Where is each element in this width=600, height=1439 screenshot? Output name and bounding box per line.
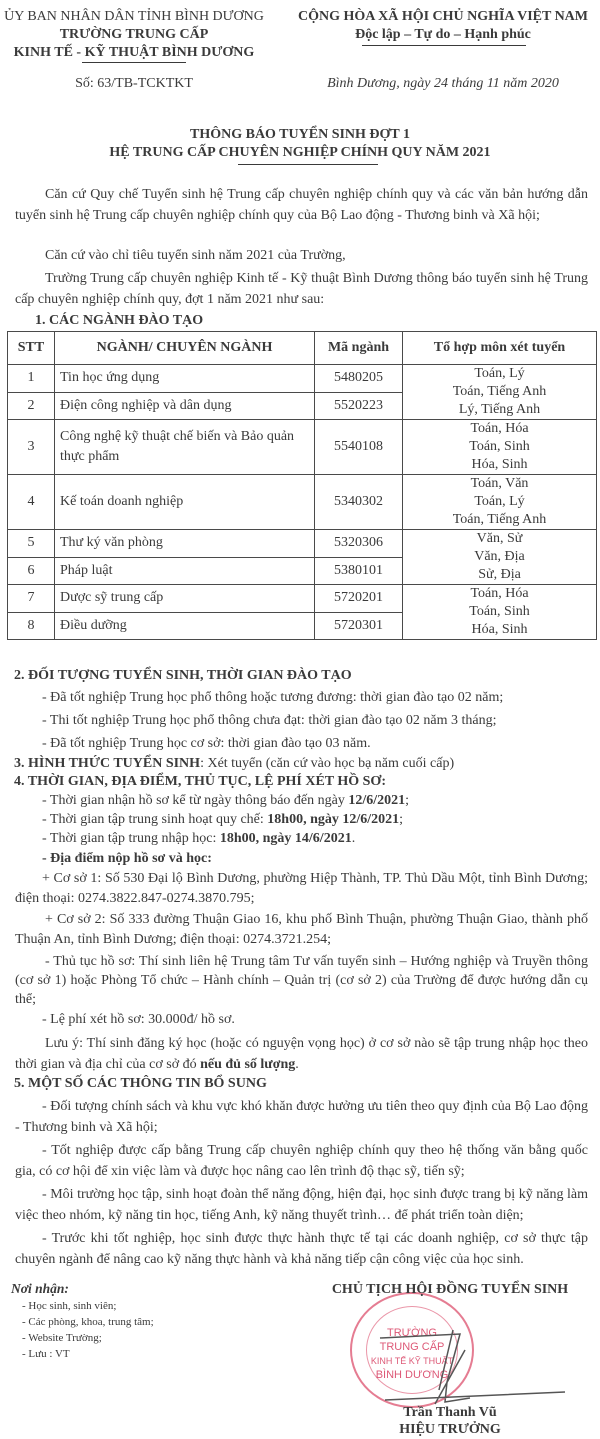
row-code: 5320306 (315, 530, 403, 558)
combo: Toán, Hóa (408, 420, 591, 438)
row-combos: Toán, Hóa Toán, Sinh Hóa, Sinh (403, 420, 597, 475)
row-stt: 1 (8, 365, 55, 393)
row-major: Thư ký văn phòng (55, 530, 315, 558)
row-combos: Toán, Hóa Toán, Sinh Hóa, Sinh (403, 585, 597, 640)
row-code: 5480205 (315, 365, 403, 393)
col-header-major: NGÀNH/ CHUYÊN NGÀNH (55, 332, 315, 365)
row-code: 5520223 (315, 392, 403, 420)
section1-heading: 1. CÁC NGÀNH ĐÀO TẠO (35, 312, 203, 330)
row-combos: Toán, Văn Toán, Lý Toán, Tiếng Anh (403, 475, 597, 530)
row-code: 5720201 (315, 585, 403, 613)
note-end: . (295, 1057, 299, 1072)
row-code: 5380101 (315, 557, 403, 585)
combo: Văn, Địa (408, 548, 591, 566)
recipient-item: - Website Trường; (22, 1331, 102, 1345)
row-major: Điều dưỡng (55, 612, 315, 640)
row-stt: 5 (8, 530, 55, 558)
intro-paragraph-2: Căn cứ vào chỉ tiêu tuyển sinh năm 2021 … (45, 247, 346, 265)
place-and-date: Bình Dương, ngày 24 tháng 11 năm 2020 (286, 75, 600, 93)
combo: Toán, Tiếng Anh (408, 511, 591, 529)
signer-title: CHỦ TỊCH HỘI ĐỒNG TUYỂN SINH (300, 1281, 600, 1299)
table-row: 4 Kế toán doanh nghiệp 5340302 Toán, Văn… (8, 475, 597, 530)
note: Lưu ý: Thí sinh đăng ký học (hoặc có ngu… (15, 1033, 588, 1075)
national-motto: Độc lập – Tự do – Hạnh phúc (286, 26, 600, 44)
section5-item: - Trước khi tốt nghiệp, học sinh được th… (15, 1228, 588, 1270)
issuer-school-line1: TRƯỜNG TRUNG CẤP (0, 26, 268, 44)
document-number: Số: 63/TB-TCKTKT (0, 75, 268, 93)
row-combos: Toán, Lý Toán, Tiếng Anh Lý, Tiếng Anh (403, 365, 597, 420)
row-stt: 4 (8, 475, 55, 530)
section3-heading: 3. HÌNH THỨC TUYỂN SINH (14, 756, 200, 771)
row-major: Công nghệ kỹ thuật chế biến và Bảo quản … (55, 420, 315, 475)
section5-item: - Môi trường học tập, sinh hoạt đoàn thể… (15, 1184, 588, 1226)
receive-period: - Thời gian nhận hồ sơ kể từ ngày thông … (42, 792, 409, 810)
row-stt: 2 (8, 392, 55, 420)
section2-item: - Đã tốt nghiệp Trung học cơ sở: thời gi… (42, 735, 371, 753)
orientation-time: - Thời gian tập trung sinh hoạt quy chế:… (42, 811, 403, 829)
campus-1: + Cơ sở 1: Số 530 Đại lộ Bình Dương, phư… (15, 869, 588, 909)
section5-item: - Đối tượng chính sách và khu vực khó kh… (15, 1096, 588, 1138)
enroll-time: - Thời gian tập trung nhập học: 18h00, n… (42, 830, 355, 848)
section2-heading: 2. ĐỐI TƯỢNG TUYỂN SINH, THỜI GIAN ĐÀO T… (14, 667, 352, 685)
issuer-school-line2: KINH TẾ - KỸ THUẬT BÌNH DƯƠNG (0, 44, 268, 62)
table-row: 1 Tin học ứng dụng 5480205 Toán, Lý Toán… (8, 365, 597, 393)
table-row: 7 Dược sỹ trung cấp 5720201 Toán, Hóa To… (8, 585, 597, 613)
row-stt: 3 (8, 420, 55, 475)
section4-heading: 4. THỜI GIAN, ĐỊA ĐIỂM, THỦ TỤC, LỆ PHÍ … (14, 773, 386, 791)
majors-table: STT NGÀNH/ CHUYÊN NGÀNH Mã ngành Tổ hợp … (7, 331, 597, 640)
intro-paragraph-3: Trường Trung cấp chuyên nghiệp Kinh tế -… (15, 268, 588, 310)
row-code: 5340302 (315, 475, 403, 530)
combo: Toán, Văn (408, 475, 591, 493)
table-row: 3 Công nghệ kỹ thuật chế biến và Bảo quả… (8, 420, 597, 475)
col-header-combos: Tổ hợp môn xét tuyển (403, 332, 597, 365)
combo: Toán, Lý (408, 365, 591, 383)
row-major: Pháp luật (55, 557, 315, 585)
recipient-item: - Học sinh, sinh viên; (22, 1299, 116, 1313)
row-stt: 7 (8, 585, 55, 613)
row-major: Kế toán doanh nghiệp (55, 475, 315, 530)
combo: Hóa, Sinh (408, 621, 591, 639)
combo: Toán, Lý (408, 493, 591, 511)
section5-item: - Tốt nghiệp được cấp bằng Trung cấp chu… (15, 1140, 588, 1182)
row-stt: 8 (8, 612, 55, 640)
procedure: - Thủ tục hồ sơ: Thí sinh liên hệ Trung … (15, 952, 588, 1009)
signer-name: Trần Thanh Vũ (300, 1404, 600, 1422)
row-major: Dược sỹ trung cấp (55, 585, 315, 613)
combo: Hóa, Sinh (408, 456, 591, 474)
title-underline (238, 164, 378, 165)
notice-title-line2: HỆ TRUNG CẤP CHUYÊN NGHIỆP CHÍNH QUY NĂM… (0, 144, 600, 162)
section3-line: 3. HÌNH THỨC TUYỂN SINH: Xét tuyển (căn … (14, 755, 454, 773)
orientation-label: - Thời gian tập trung sinh hoạt quy chế: (42, 812, 267, 827)
receive-label: - Thời gian nhận hồ sơ kể từ ngày thông … (42, 793, 348, 808)
fee: - Lệ phí xét hồ sơ: 30.000đ/ hồ sơ. (42, 1011, 235, 1029)
col-header-code: Mã ngành (315, 332, 403, 365)
combo: Toán, Sinh (408, 438, 591, 456)
location-heading: - Địa điểm nộp hồ sơ và học: (42, 850, 212, 868)
recipient-item: - Các phòng, khoa, trung tâm; (22, 1315, 154, 1329)
combo: Toán, Tiếng Anh (408, 383, 591, 401)
section2-item: - Đã tốt nghiệp Trung học phổ thông hoặc… (42, 689, 503, 707)
note-emphasis: nếu đủ số lượng (200, 1057, 295, 1072)
intro-paragraph-1: Căn cứ Quy chế Tuyển sinh hệ Trung cấp c… (15, 184, 588, 226)
section2-item: - Thi tốt nghiệp Trung học phổ thông chư… (42, 712, 497, 730)
note-text: Lưu ý: Thí sinh đăng ký học (hoặc có ngu… (15, 1036, 588, 1072)
issuer-authority: ỦY BAN NHÂN DÂN TỈNH BÌNH DƯƠNG (0, 8, 268, 26)
table-row: 5 Thư ký văn phòng 5320306 Văn, Sử Văn, … (8, 530, 597, 558)
row-major: Điện công nghiệp và dân dụng (55, 392, 315, 420)
enroll-label: - Thời gian tập trung nhập học: (42, 831, 220, 846)
campus-2: + Cơ sở 2: Số 333 đường Thuận Giao 16, k… (15, 910, 588, 950)
enroll-value: 18h00, ngày 14/6/2021 (220, 831, 352, 846)
header-left-underline (82, 62, 186, 63)
orientation-value: 18h00, ngày 12/6/2021 (267, 812, 399, 827)
row-stt: 6 (8, 557, 55, 585)
row-code: 5540108 (315, 420, 403, 475)
handwritten-signature (375, 1320, 575, 1410)
col-header-stt: STT (8, 332, 55, 365)
recipients-label: Nơi nhận: (11, 1280, 69, 1298)
section3-text: : Xét tuyển (căn cứ vào học bạ năm cuối … (200, 756, 454, 771)
row-combos: Văn, Sử Văn, Địa Sử, Địa (403, 530, 597, 585)
signer-position: HIỆU TRƯỞNG (300, 1421, 600, 1439)
combo: Lý, Tiếng Anh (408, 401, 591, 419)
combo: Toán, Hóa (408, 585, 591, 603)
national-title: CỘNG HÒA XÃ HỘI CHỦ NGHĨA VIỆT NAM (286, 8, 600, 26)
receive-date: 12/6/2021 (348, 793, 405, 808)
combo: Toán, Sinh (408, 603, 591, 621)
row-major: Tin học ứng dụng (55, 365, 315, 393)
row-code: 5720301 (315, 612, 403, 640)
notice-title-line1: THÔNG BÁO TUYỂN SINH ĐỢT 1 (0, 126, 600, 144)
combo: Văn, Sử (408, 530, 591, 548)
combo: Sử, Địa (408, 566, 591, 584)
section5-heading: 5. MỘT SỐ CÁC THÔNG TIN BỔ SUNG (14, 1075, 267, 1093)
header-right-underline (362, 45, 526, 46)
recipient-item: - Lưu : VT (22, 1347, 70, 1361)
